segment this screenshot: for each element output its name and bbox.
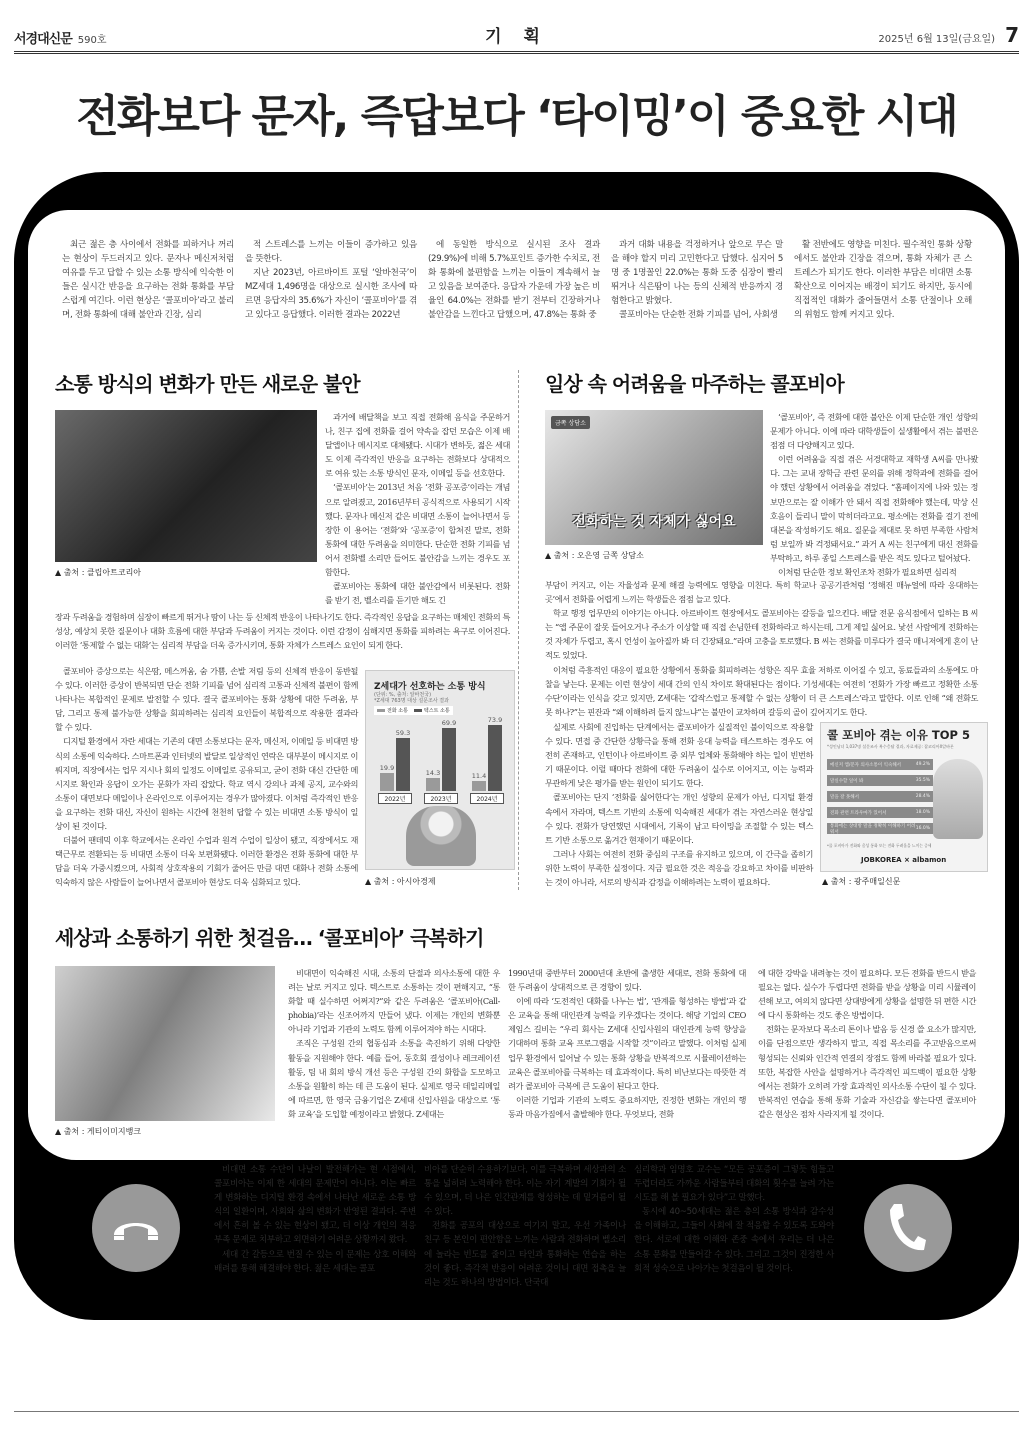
hang-up-phone-icon [92, 1184, 180, 1272]
tv-program-tag: 금쪽 상담소 [551, 416, 590, 429]
issue-date: 2025년 6월 13일(금요일) [878, 30, 995, 45]
tv-subtitle: 전화하는 것 자체가 싫어요 [545, 511, 763, 531]
reason-row-1: 메신저 앱/문자 의사소통이 익숙해서49.2% [827, 759, 933, 770]
intro-column-4: 과거 대화 내용을 걱정하거나 앞으로 무슨 말을 해야 할지 미리 고민한다고… [611, 238, 783, 323]
column-divider [518, 370, 519, 890]
intro-column-3: 에 동일한 방식으로 실시된 조사 결과(29.9%)에 비해 5.7%포인트 … [428, 238, 600, 323]
section1-lower-text: 콜포비아 증상으로는 식은땀, 메스꺼움, 숨 가쁨, 손발 저림 등의 신체적… [55, 664, 358, 890]
section2-wide-text: 부담이 커지고, 이는 자율성과 문제 해결 능력에도 영향을 미친다. 특히 … [545, 578, 978, 719]
bar: 19.9 [380, 773, 394, 791]
bar: 73.9 [488, 725, 502, 791]
closing-column-2: 비아를 단순히 수용하기보다, 이를 극복하며 세상과의 소통을 넓히려 노력해… [424, 1163, 626, 1290]
bar: 11.4 [472, 781, 486, 791]
intro-column-2: 적 스트레스를 느끼는 이들이 증가하고 있음을 뜻한다.지난 2023년, 아… [245, 238, 417, 323]
section1-title: 소통 방식의 변화가 만든 새로운 불안 [55, 368, 360, 397]
infographic-note: *콜 포비아가 전화와 음성 통화 또는 전화 두려움을 느끼는 증세 [827, 843, 931, 849]
bar-group-2024: 11.4 73.9 [472, 725, 502, 791]
issue-number: 590호 [78, 31, 107, 46]
section-label: 기 획 [485, 22, 548, 47]
intro-column-1: 최근 젊은 층 사이에서 전화를 피하거나 꺼리는 현상이 두드러지고 있다. … [62, 238, 234, 323]
reporter-bylines: 김민채 기자 (minchaekim4063@skuniv.ac.kr) 최소정… [780, 1339, 955, 1380]
byline-1: 김민채 기자 (minchaekim4063@skuniv.ac.kr) [780, 1339, 955, 1353]
bar-group-2022: 19.9 59.3 [380, 738, 410, 791]
infographic-title: 콜 포비아 겪는 이유 TOP 5 [827, 727, 970, 743]
chart-legend: 전화 소통 텍스트 소통 [374, 706, 453, 715]
top5-reasons-infographic: 콜 포비아 겪는 이유 TOP 5 *성인남녀 1,037명 설문조사 복수응답… [820, 722, 988, 872]
section2-lower-text: 실제로 사회에 진입하는 단계에서는 콜포비아가 실질적인 불이익으로 작용할 … [545, 720, 813, 889]
zgen-chart-caption: ▲ 출처 : 아시아경제 [365, 876, 436, 887]
anxious-man-on-phone-illustration [933, 759, 983, 839]
section2-photo-caption: ▲ 출처 : 오은영 금쪽 상담소 [545, 550, 644, 561]
bar: 59.3 [396, 738, 410, 791]
section2-photo-tv-counseling: 금쪽 상담소 전화하는 것 자체가 싫어요 [545, 410, 763, 545]
section1-photo-caption: ▲ 출처 : 클립아트코리아 [55, 567, 141, 578]
chart-bars: 19.9 59.3 14.3 69.9 11.4 73.9 [372, 719, 510, 791]
reason-row-5: 통화에는 상대방 말을 정확히 이해하기 어려워서16.0% [827, 823, 933, 834]
byline-2: 최소정 수습기자 (2022215046@skuniv.ac.kr) [780, 1353, 955, 1367]
byline-3: 김규민 수습기자 (kyum7158@gmail.com) [780, 1366, 955, 1380]
bar: 14.3 [426, 778, 440, 791]
section3-column-3: 에 대한 강박을 내려놓는 것이 필요하다. 모든 전화를 반드시 받을 필요는… [758, 966, 976, 1121]
section3-title: 세상과 소통하기 위한 첫걸음… ‘콜포비아’ 극복하기 [55, 922, 483, 951]
paper-name: 서경대신문 [14, 28, 72, 47]
page-headline: 전화보다 문자, 즉답보다 ‘타이밍’이 중요한 시대 [0, 80, 1033, 144]
chart-subtitle: (단위: %, 출처: 알바천국)*Z세대 763명 대상 설문조사 결과 [374, 692, 449, 704]
phone-status-icons [838, 188, 896, 208]
chart-title: Z세대가 선호하는 소통 방식 [374, 679, 486, 692]
section2-title: 일상 속 어려움을 마주하는 콜포비아 [545, 368, 844, 397]
home-button [500, 1328, 526, 1364]
page-bottom-rule [14, 1411, 1019, 1412]
intro-column-5: 활 전반에도 영향을 미친다. 필수적인 통화 상황에서도 불안과 긴장을 겪으… [794, 238, 972, 323]
section1-wide-text: 장과 두려움을 경험하며 심장이 빠르게 뛰거나 땀이 나는 등 신체적 반응이… [55, 610, 510, 652]
section3-photo-man-on-phone [55, 966, 275, 1121]
masthead-left: 서경대신문 590호 [14, 28, 107, 47]
chart-x-axis: 2022년 2023년 2024년 [372, 793, 510, 804]
section3-column-2: 1990년대 중반부터 2000년대 초반에 출생한 세대로, 전화 통화에 대… [508, 966, 746, 1121]
section1-photo-woman-on-phone [55, 410, 317, 562]
reason-row-2: 말실수할 일이 봐35.5% [827, 775, 933, 786]
jobkorea-albamon-logo: JOBKOREA × albamon [861, 856, 946, 864]
signal-bars-icon [838, 188, 854, 208]
phone-speaker-notch [270, 191, 772, 205]
top5-caption: ▲ 출처 : 광주매일신문 [822, 876, 900, 887]
closing-column-3: 심리학과 임명호 교수는 “모든 공포증이 그렇듯 힘들고 두렵더라도 가까운 … [634, 1163, 834, 1276]
accept-call-phone-icon [864, 1184, 952, 1272]
reason-row-4: 전화 관련 트라우마가 있어서18.0% [827, 807, 933, 818]
infographic-subtitle: *성인남녀 1,037명 설문조사 복수응답 결과, 자료제공: 잡코리아X알바… [827, 744, 954, 750]
section1-side-text: 과거에 배달책을 보고 직접 전화해 음식을 주문하거나, 친구 집에 전화를 … [325, 410, 510, 607]
reason-row-3: 말을 잘 못해서28.4% [827, 791, 933, 802]
masthead-right: 2025년 6월 13일(금요일) 7 [878, 23, 1019, 47]
child-with-tablet-illustration [406, 806, 476, 866]
section2-side-text: ‘콜포비아’, 즉 전화에 대한 불안은 이제 단순한 개인 성향의 문제가 아… [770, 410, 978, 579]
bar: 69.9 [442, 728, 456, 791]
section3-column-1: 비대면이 익숙해진 시대, 소통의 단절과 의사소통에 대한 우려는 날로 커지… [288, 966, 500, 1121]
page-number: 7 [1005, 23, 1019, 47]
closing-column-1: 비대면 소통 수단이 나날이 발전해가는 현 시점에서, 콜포비아는 이제 한 … [214, 1163, 416, 1276]
section3-photo-caption: ▲ 출처 : 게티이미지뱅크 [55, 1126, 141, 1137]
battery-icon [868, 190, 896, 208]
zgen-communication-chart: Z세대가 선호하는 소통 방식 (단위: %, 출처: 알바천국)*Z세대 76… [365, 670, 515, 870]
masthead: 서경대신문 590호 기 획 2025년 6월 13일(금요일) 7 [14, 28, 1019, 54]
bar-group-2023: 14.3 69.9 [426, 728, 456, 791]
